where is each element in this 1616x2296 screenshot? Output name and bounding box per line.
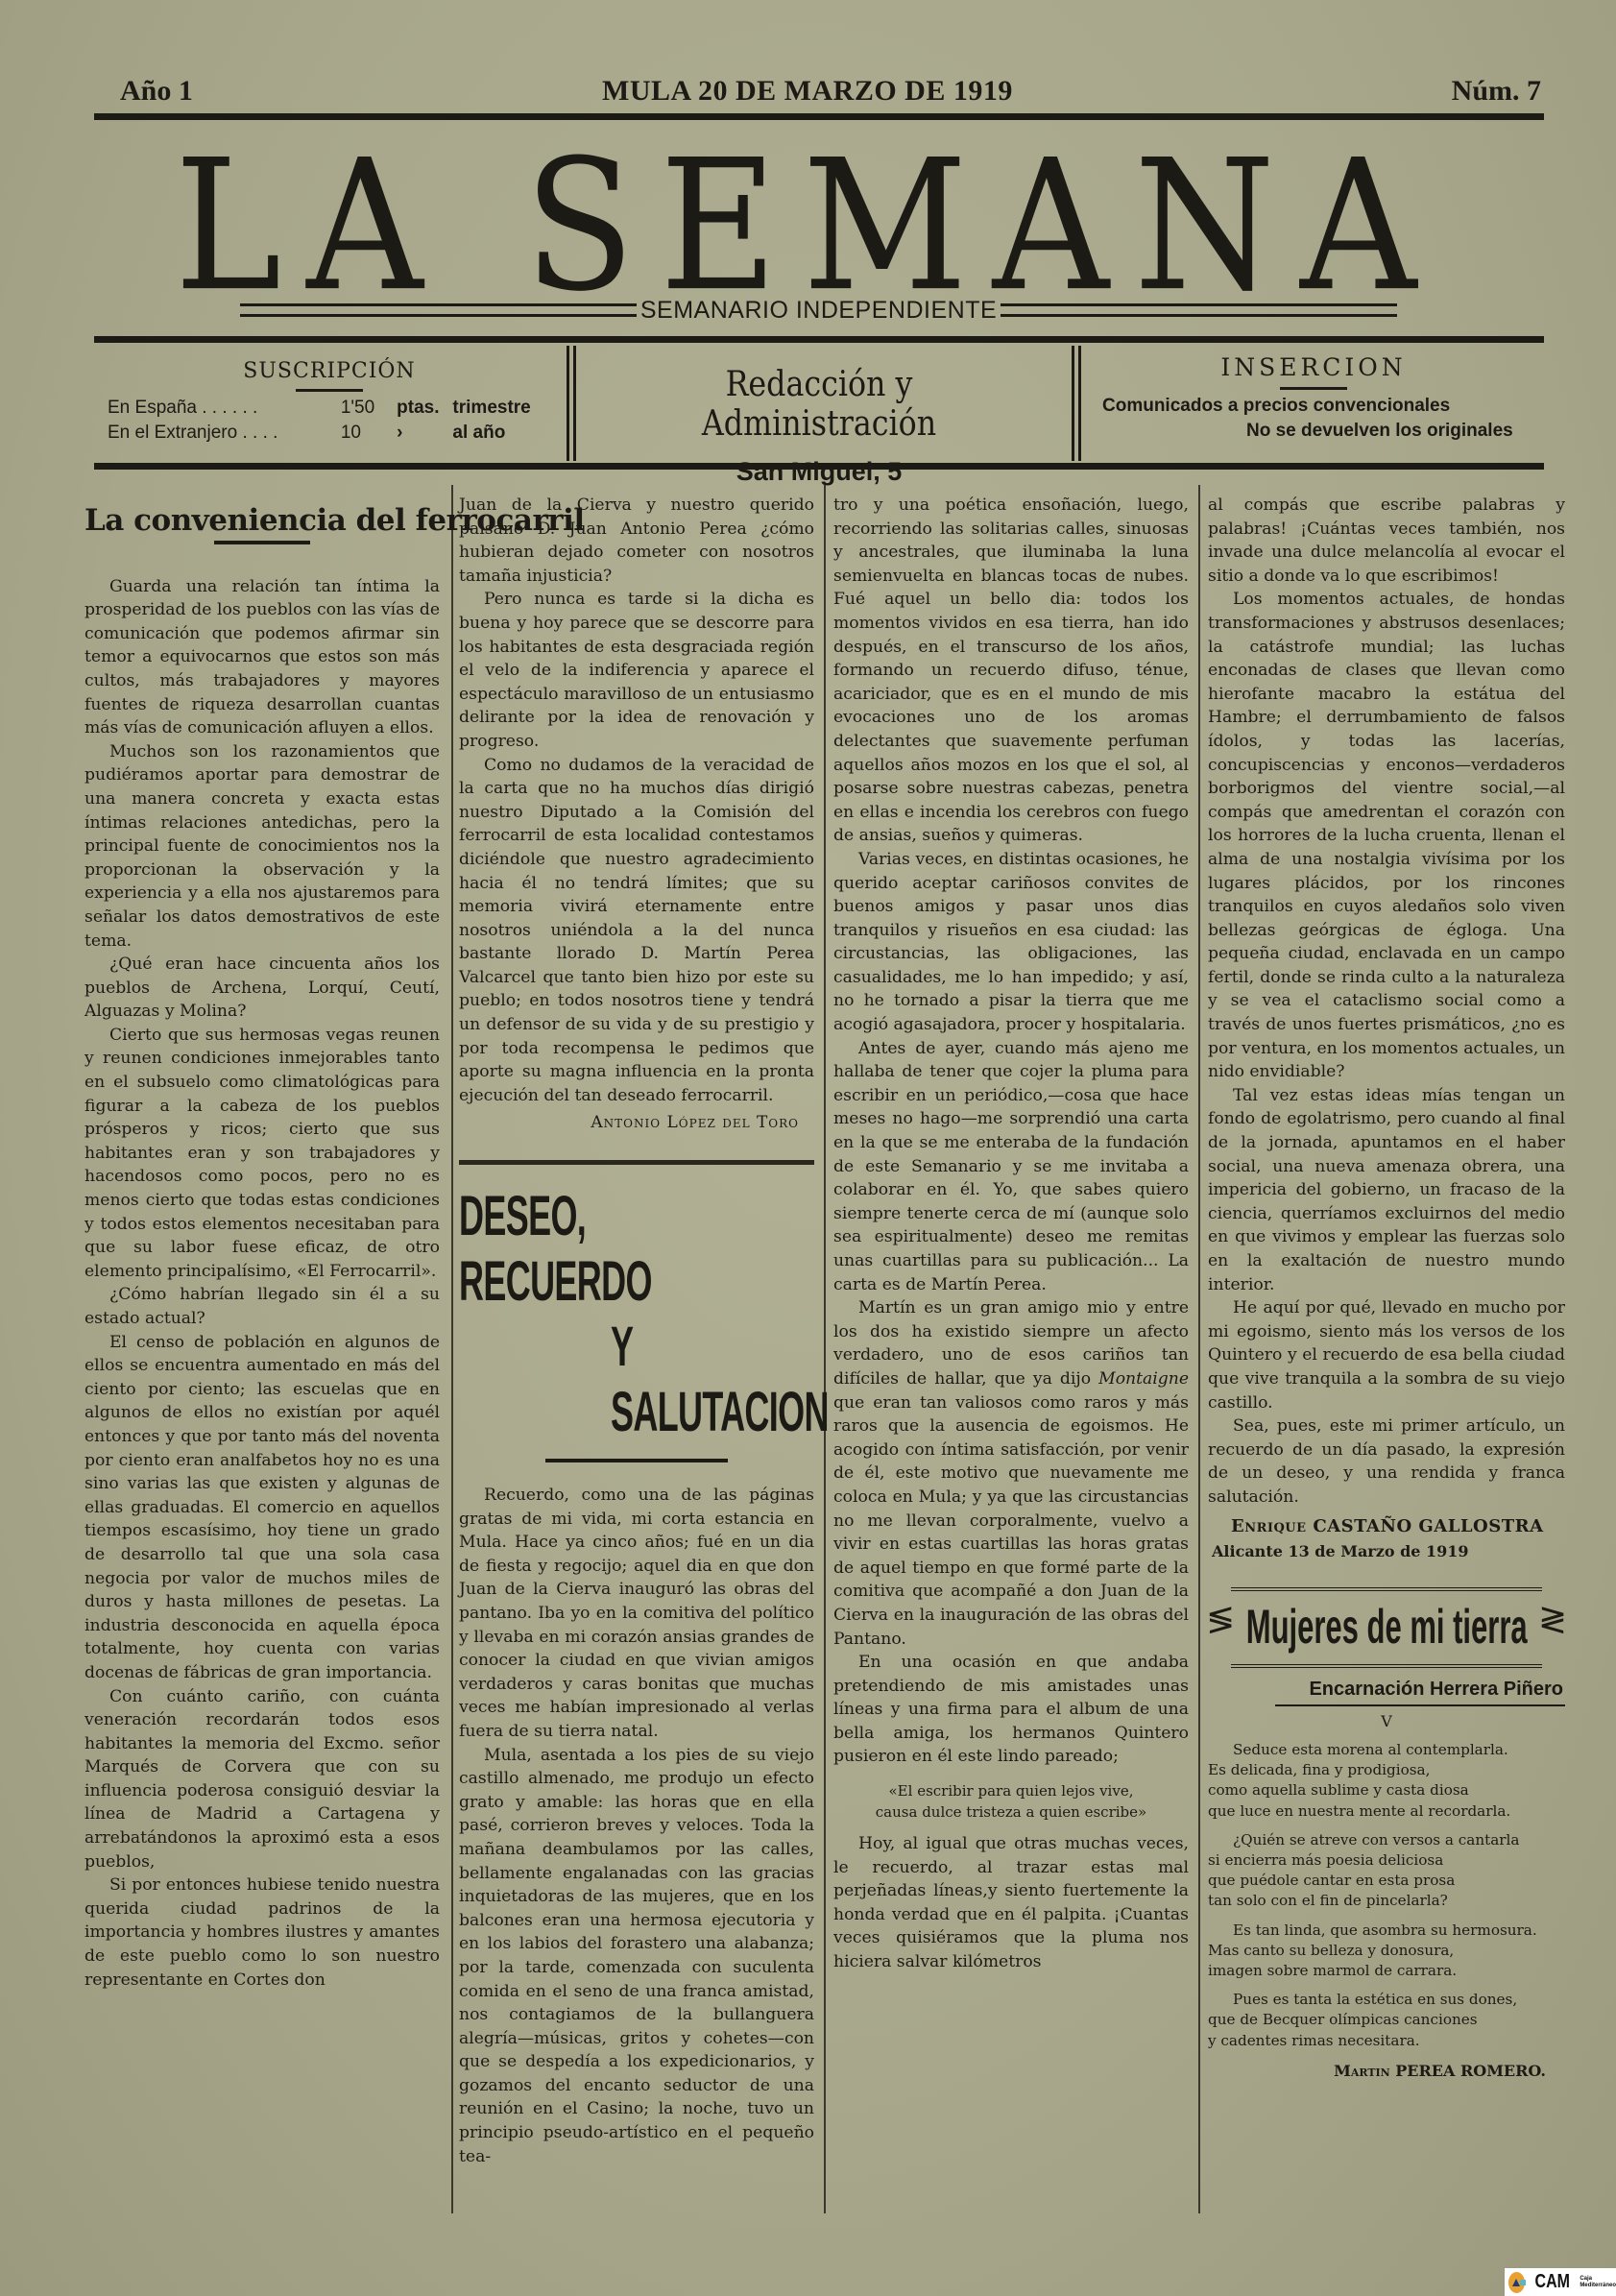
stanza: Es tan linda, que asombra su hermosura. … (1208, 1921, 1565, 1982)
row-period: trimestre (452, 396, 565, 421)
subscription-heading: SUSCRIPCIÓN (94, 359, 565, 383)
verse-line: tan solo con el fin de pincelarla? (1208, 1891, 1565, 1911)
paragraph: Con cuánto cariño, con cuánta veneración… (84, 1685, 440, 1874)
stanza: Seduce esta morena al contemplarla. Es d… (1208, 1740, 1565, 1822)
masthead-title: LA SEMANA (0, 134, 1616, 317)
office-address: San Miguel, 5 (579, 457, 1059, 487)
logo-brand: CAM (1534, 2271, 1569, 2293)
title-rule (214, 541, 310, 544)
title-rule (545, 1459, 728, 1462)
insertion-box: INSERCION Comunicados a precios convenci… (1083, 346, 1544, 461)
paragraph: He aquí por qué, llevado en mucho por mi… (1208, 1296, 1565, 1414)
paragraph: Varias veces, en distintas ocasiones, he… (833, 848, 1189, 1037)
paragraph: ¿Cómo habrían llegado sin él a su estado… (84, 1283, 440, 1330)
paragraph: ¿Qué eran hace cincuenta años los pueblo… (84, 953, 440, 1024)
paragraph: Pero nunca es tarde si la dicha es buena… (459, 588, 814, 753)
issue-number: Núm. 7 (1452, 75, 1541, 108)
divider (296, 389, 363, 392)
year-label: Año 1 (120, 75, 193, 108)
section-number: V (1208, 1710, 1565, 1734)
verse-line: que de Becquer olímpicas canciones (1208, 2010, 1565, 2030)
article-title-line-1: DESEO, RECUERDO (459, 1184, 679, 1315)
verse-line: Es delicada, fina y prodigiosa, (1208, 1760, 1565, 1780)
row-unit: › (397, 421, 452, 446)
paragraph: Recuerdo, como una de las páginas gratas… (459, 1484, 814, 1744)
subscription-row-spain: En España . . . . . . 1'50 ptas. trimest… (94, 396, 565, 421)
byline-rule (1275, 1704, 1565, 1706)
italic-name: Montaigne (1098, 1369, 1189, 1389)
quote-line: «El escribir para quien lejos vive, (833, 1780, 1189, 1801)
quote-line: causa dulce tristeza a quien escribe» (833, 1801, 1189, 1823)
subtitle: SEMANARIO INDEPENDIENTE (640, 297, 997, 325)
paragraph: El censo de población en algunos de ello… (84, 1331, 440, 1685)
info-bottom-rule (94, 463, 1544, 470)
row-price: 10 (341, 421, 397, 446)
stanza: ¿Quién se atreve con versos a cantarla s… (1208, 1830, 1565, 1912)
office-box: Redacción y Administración San Miguel, 5 (579, 346, 1059, 461)
paragraph: Muchos son los razonamientos que pudiéra… (84, 740, 440, 953)
verse-line: que puédole cantar en esta prosa (1208, 1871, 1565, 1891)
verse-line: como aquella sublime y casta diosa (1208, 1780, 1565, 1801)
insertion-line-1: Comunicados a precios convencionales (1083, 394, 1544, 419)
double-rule-left (240, 303, 637, 317)
article-signature: Enrique CASTAÑO GALLOSTRA (1208, 1515, 1565, 1539)
paragraph: Los momentos actuales, de hondas transfo… (1208, 588, 1565, 1083)
verse-line: ¿Quién se atreve con versos a cantarla (1208, 1830, 1565, 1850)
article-title: La conveniencia del ferrocarril (84, 509, 440, 533)
divider (1280, 387, 1347, 390)
poem-signature: Martin PEREA ROMERO. (1208, 2060, 1546, 2084)
scroll-ornament-icon: ≷ (1538, 1608, 1567, 1632)
row-label: En España . . . . . . (108, 396, 341, 421)
verse-line: y cadentes rimas necesitara. (1208, 2031, 1565, 2051)
office-heading: Redacción y Administración (608, 365, 1030, 444)
paragraph: Si por entonces hubiese tenido nuestra q… (84, 1873, 440, 1992)
verse-line: Seduce esta morena al contemplarla. (1208, 1740, 1565, 1760)
column-1: La conveniencia del ferrocarril Guarda u… (84, 490, 440, 1992)
paragraph: tro y una poética ensoñación, luego, rec… (833, 494, 1189, 848)
paragraph: Como no dudamos de la veracidad de la ca… (459, 754, 814, 1108)
column-2: Juan de la Cierva y nuestro querido pais… (459, 494, 814, 2168)
double-rule-right (1001, 303, 1397, 317)
insertion-heading: INSERCION (1083, 353, 1544, 381)
row-unit: ptas. (397, 396, 452, 421)
verse-line: Mas canto su belleza y donosura, (1208, 1941, 1565, 1961)
place-date: Alicante 13 de Marzo de 1919 (1208, 1540, 1565, 1564)
paragraph: al compás que escribe palabras y palabra… (1208, 494, 1565, 588)
date-line: MULA 20 DE MARZO DE 1919 (602, 75, 1013, 108)
scroll-ornament-icon: ≶ (1206, 1608, 1235, 1632)
info-top-rule (94, 336, 1544, 343)
row-label: En el Extranjero . . . . (108, 421, 341, 446)
column-divider (824, 485, 826, 2213)
row-period: al año (452, 421, 565, 446)
stanza: Pues es tanta la estética en sus dones, … (1208, 1990, 1565, 2051)
newspaper-page: Año 1 MULA 20 DE MARZO DE 1919 Núm. 7 LA… (0, 0, 1616, 2296)
subtitle-row: SEMANARIO INDEPENDIENTE (240, 291, 1397, 329)
column-3: tro y una poética ensoñación, luego, rec… (833, 494, 1189, 1974)
vertical-separator (1072, 346, 1081, 461)
paragraph: Sea, pues, este mi primer artículo, un r… (1208, 1414, 1565, 1509)
quote: «El escribir para quien lejos vive, caus… (833, 1780, 1189, 1823)
subscription-row-abroad: En el Extranjero . . . . 10 › al año (94, 421, 565, 446)
article-title-line-2: Y SALUTACION (611, 1315, 736, 1445)
paragraph: Juan de la Cierva y nuestro querido pais… (459, 494, 814, 588)
verse-line: si encierra más poesia deliciosa (1208, 1850, 1565, 1871)
verse-line: que luce en nuestra mente al recordarla. (1208, 1801, 1565, 1822)
section-rule (459, 1160, 814, 1165)
cam-logo-icon (1508, 2272, 1525, 2293)
subscription-box: SUSCRIPCIÓN En España . . . . . . 1'50 p… (94, 346, 565, 461)
column-4: al compás que escribe palabras y palabra… (1208, 494, 1565, 2083)
column-divider (451, 485, 453, 2213)
paragraph: Tal vez estas ideas mías tengan un fondo… (1208, 1084, 1565, 1296)
paragraph: En una ocasión en que andaba pretendiend… (833, 1651, 1189, 1769)
logo-line: Caja (1580, 2276, 1616, 2283)
paragraph: Hoy, al igual que otras muchas veces, le… (833, 1832, 1189, 1974)
vertical-separator (567, 346, 576, 461)
article-signature: Antonio López del Toro (459, 1111, 799, 1135)
verse-line: Pues es tanta la estética en sus dones, (1208, 1990, 1565, 2010)
text: que eran tan valiosos como raros y más r… (833, 1393, 1189, 1649)
cam-logo: CAM Caja Mediterráneo (1505, 2268, 1616, 2296)
logo-line: Mediterráneo (1580, 2283, 1616, 2289)
top-rule (94, 113, 1544, 120)
info-box: SUSCRIPCIÓN En España . . . . . . 1'50 p… (94, 346, 1544, 461)
section-banner: ≶ Mujeres de mi tierra ≷ (1231, 1587, 1542, 1668)
paragraph: Cierto que sus hermosas vegas reunen y r… (84, 1024, 440, 1284)
verse-line: imagen sobre marmol de carrara. (1208, 1961, 1565, 1981)
paragraph: Martín es un gran amigo mio y entre los … (833, 1296, 1189, 1651)
author-byline: Encarnación Herrera Piñero (1208, 1678, 1565, 1702)
paragraph: Guarda una relación tan íntima la prospe… (84, 575, 440, 740)
insertion-line-2: No se devuelven los originales (1083, 419, 1544, 444)
banner-title: Mujeres de mi tierra (1246, 1615, 1528, 1639)
paragraph: Antes de ayer, cuando más ajeno me halla… (833, 1037, 1189, 1297)
paragraph: Mula, asentada a los pies de su viejo ca… (459, 1744, 814, 2169)
column-divider (1198, 485, 1200, 2213)
logo-subtext: Caja Mediterráneo (1580, 2276, 1616, 2289)
row-price: 1'50 (341, 396, 397, 421)
verse-line: Es tan linda, que asombra su hermosura. (1208, 1921, 1565, 1941)
